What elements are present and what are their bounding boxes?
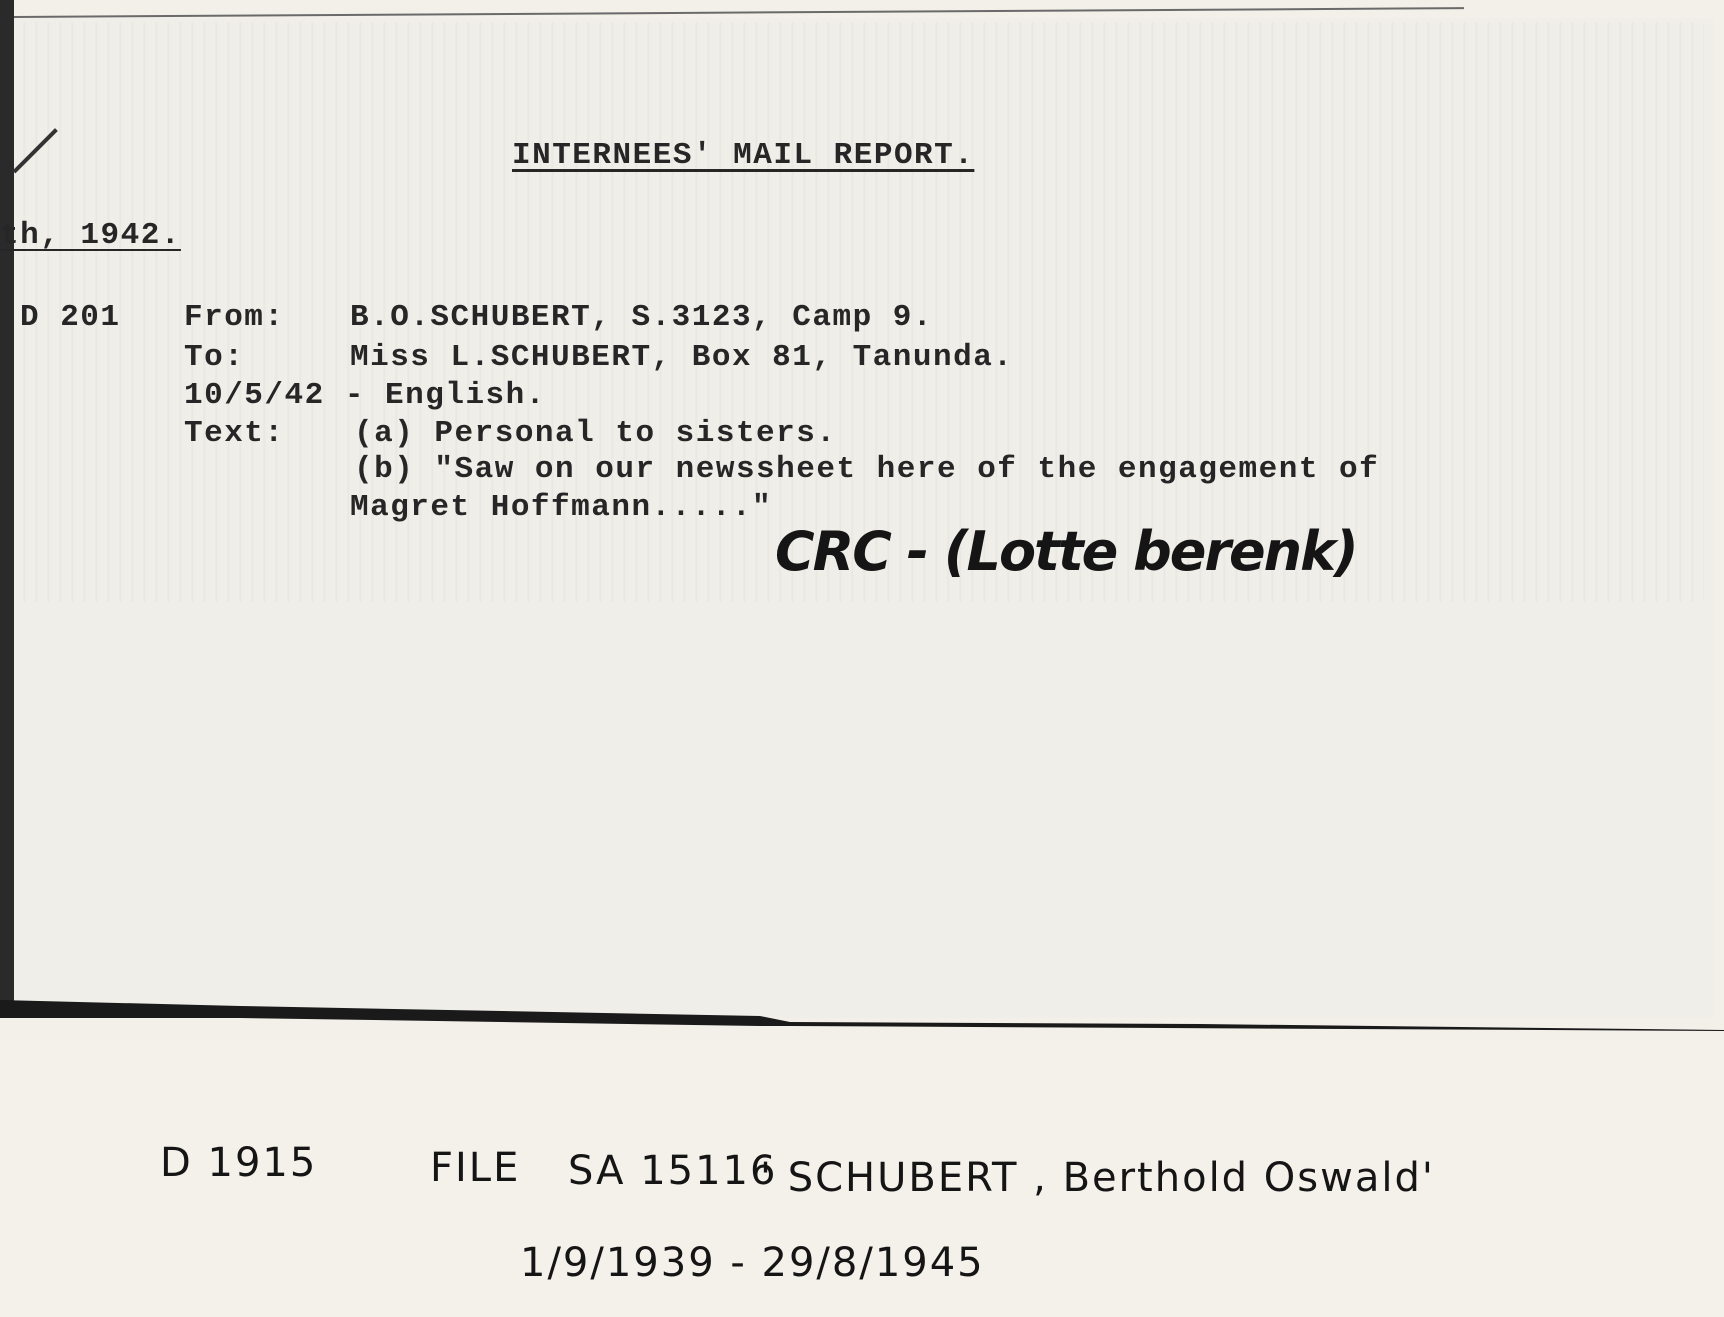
to-label: To: — [184, 340, 244, 375]
from-label: From: — [184, 300, 285, 335]
text-item-b-line2: Magret Hoffmann....." — [350, 490, 772, 525]
card-left-edge-shadow — [0, 0, 14, 1010]
file-label: FILE — [430, 1145, 520, 1191]
from-value: B.O.SCHUBERT, S.3123, Camp 9. — [350, 300, 933, 335]
text-item-b-line1: (b) "Saw on our newssheet here of the en… — [354, 452, 1379, 487]
card-top-edge — [14, 7, 1464, 18]
report-date: th, 1942. — [0, 218, 181, 253]
card-divider-edge — [0, 1000, 1724, 1036]
entry-ref: D 201 — [20, 300, 121, 335]
file-date-range: 1/9/1939 - 29/8/1945 — [520, 1240, 985, 1286]
text-label: Text: — [184, 416, 285, 451]
text-item-a: (a) Personal to sisters. — [354, 416, 836, 451]
file-note-ref: D 1915 — [160, 1140, 317, 1186]
file-number: SA 15116 — [568, 1148, 777, 1194]
handwritten-annotation: CRC - (Lotte berenk) — [775, 520, 1357, 583]
to-value: Miss L.SCHUBERT, Box 81, Tanunda. — [350, 340, 1013, 375]
file-name: ' SCHUBERT , Berthold Oswald' — [760, 1155, 1435, 1201]
date-language: 10/5/42 - English. — [184, 378, 546, 413]
report-title: INTERNEES' MAIL REPORT. — [512, 138, 974, 173]
